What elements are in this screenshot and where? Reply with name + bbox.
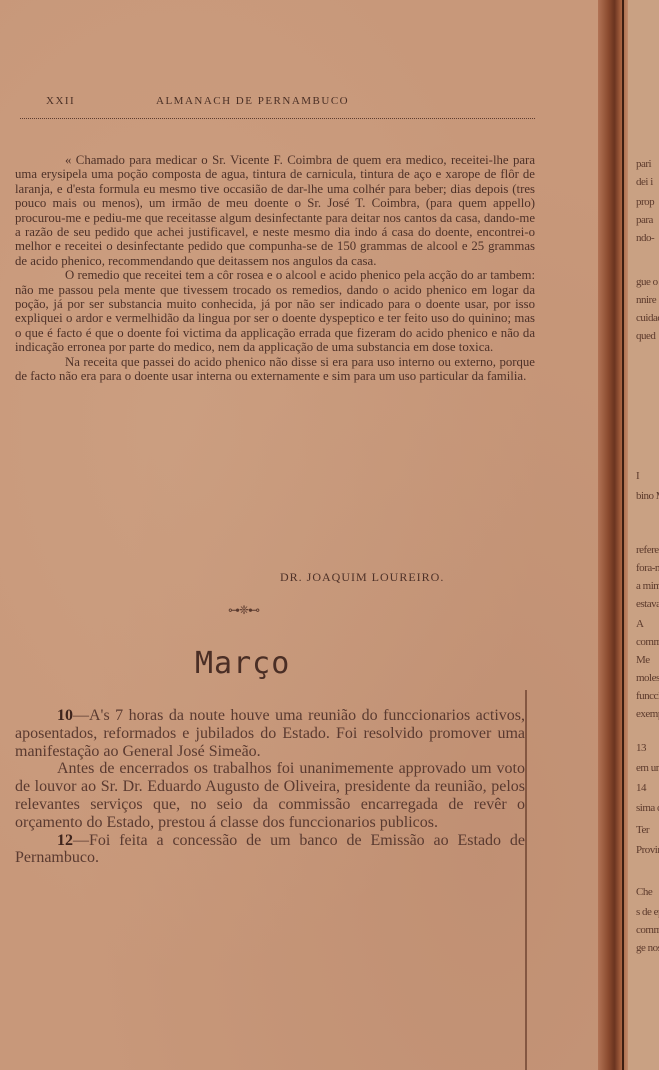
entry-text: —Foi feita a concessão de um banco de Em… xyxy=(15,832,525,867)
adjacent-page-fragment: I xyxy=(636,470,639,482)
adjacent-page-fragment: qued xyxy=(636,330,655,342)
adjacent-page-fragment: fora-me xyxy=(636,562,659,574)
article-paragraph: O remedio que receitei tem a côr rosea e… xyxy=(15,268,535,354)
adjacent-page-fragment: estava en xyxy=(636,598,659,610)
adjacent-page-fragment: em uma xyxy=(636,762,659,774)
gutter-line xyxy=(622,0,624,1070)
ornament-divider-icon: ⊶❈⊷ xyxy=(228,603,259,617)
adjacent-page-fragment: para xyxy=(636,214,653,226)
adjacent-page-fragment: ge nostr xyxy=(636,942,659,954)
adjacent-page-fragment: pari xyxy=(636,158,651,170)
header-rule xyxy=(20,118,535,119)
entry-day: 12 xyxy=(57,832,73,849)
almanac-page: XXII ALMANACH DE PERNAMBUCO « Chamado pa… xyxy=(0,0,610,1070)
adjacent-page-fragment: molestias xyxy=(636,672,659,684)
month-heading: Março xyxy=(195,646,290,681)
entry-day: 10 xyxy=(57,707,73,724)
paper-tear xyxy=(525,690,527,1070)
entry-item: 10—A's 7 horas da noute houve uma reuniã… xyxy=(15,707,525,760)
adjacent-page-fragment: dei i xyxy=(636,176,653,188)
adjacent-page-fragment: 14 xyxy=(636,782,646,794)
adjacent-page-fragment: gue o xyxy=(636,276,658,288)
adjacent-page-fragment: cuidad xyxy=(636,312,659,324)
adjacent-page-fragment: sima cor xyxy=(636,802,659,814)
page-number: XXII xyxy=(46,95,75,107)
adjacent-page-fragment: Che xyxy=(636,886,652,898)
article-paragraph: Na receita que passei do acido phenico n… xyxy=(15,355,535,384)
adjacent-page-fragment: ndo- xyxy=(636,232,654,244)
entry-item: 12—Foi feita a concessão de um banco de … xyxy=(15,832,525,868)
entry-text: Antes de encerrados os trabalhos foi una… xyxy=(15,760,525,830)
adjacent-page-fragment: bino M xyxy=(636,490,659,502)
adjacent-page-fragment: Ter xyxy=(636,824,649,836)
month-entries: 10—A's 7 horas da noute houve uma reuniã… xyxy=(15,707,525,867)
adjacent-page-fragment: Provincia xyxy=(636,844,659,856)
adjacent-page-fragment: prop xyxy=(636,196,654,208)
entry-text: —A's 7 horas da noute houve uma reunião … xyxy=(15,707,525,760)
adjacent-page-fragment: commigo xyxy=(636,636,659,648)
article-signature: DR. JOAQUIM LOUREIRO. xyxy=(280,570,444,585)
entry-item: Antes de encerrados os trabalhos foi una… xyxy=(15,760,525,831)
adjacent-page-fragment: exemplo, I xyxy=(636,708,659,720)
adjacent-page-fragment: a mim d xyxy=(636,580,659,592)
adjacent-page-fragment: Me xyxy=(636,654,650,666)
adjacent-page-fragment: s de epi xyxy=(636,906,659,918)
adjacent-page-fragment: 13 xyxy=(636,742,646,754)
adjacent-page-fragment: funcciona xyxy=(636,690,659,702)
adjacent-page-fragment: referenci xyxy=(636,544,659,556)
article-body: « Chamado para medicar o Sr. Vicente F. … xyxy=(15,153,535,384)
adjacent-page-fragment: A xyxy=(636,618,643,630)
adjacent-page-fragment: commun xyxy=(636,924,659,936)
adjacent-page: paridei ipropparando-gue onnirecuidadque… xyxy=(628,0,659,1070)
running-title: ALMANACH DE PERNAMBUCO xyxy=(156,95,349,107)
article-paragraph: « Chamado para medicar o Sr. Vicente F. … xyxy=(15,153,535,268)
adjacent-page-fragment: nnire xyxy=(636,294,656,306)
